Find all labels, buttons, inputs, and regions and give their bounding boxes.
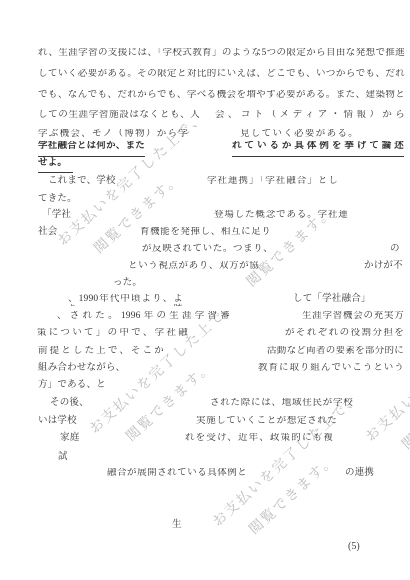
- watermark-block: お支払いを完了した上で、 閲覧できます。: [358, 300, 410, 473]
- doc-text: 会、コト（メディア・情報）から: [215, 110, 405, 122]
- doc-text: が反映されていた。つまり、: [142, 244, 273, 256]
- page-number: (5): [348, 541, 360, 552]
- doc-text: 生涯学習機会の充実方: [302, 311, 404, 323]
- doc-text: して「学社融合」: [293, 294, 371, 305]
- doc-text: いは学校: [38, 416, 77, 427]
- doc-text: 試: [58, 452, 68, 463]
- doc-text: でも、なんでも、だれからでも、学べる機会を増やす必要がある。また、建築物と: [38, 90, 405, 102]
- document-page: お支払いを完了した上で、 閲覧できます。 閲覧できます。 お支払いを完了した上で…: [0, 0, 410, 580]
- doc-text: 「学社: [42, 210, 71, 221]
- doc-text: 育機能を発揮し、相互に足り: [140, 227, 271, 239]
- doc-text: 、1990年代中頃より、より踏: [68, 294, 183, 306]
- question-heading: 学社融合とは何か、また: [38, 141, 145, 157]
- doc-text: これまで、学校: [48, 176, 116, 187]
- doc-text: 実施していくことが想定された: [196, 416, 337, 428]
- doc-text: 策について」の中で、学社融: [37, 328, 188, 340]
- question-heading: せよ。: [38, 158, 73, 173]
- doc-text: 教育に取り組んでいこうという: [258, 363, 404, 375]
- doc-text: 活動など両者の要素を部分的に: [267, 346, 404, 358]
- doc-text: 生: [172, 520, 182, 531]
- doc-text: かけが不: [364, 261, 403, 272]
- doc-text: がそれぞれの役割分担を: [285, 328, 404, 340]
- doc-text: てきた。: [38, 194, 77, 205]
- doc-text: していく必要がある。その限定と対比的にいえば、どこでも、いつからでも、だれ: [38, 69, 405, 81]
- doc-text: の連携: [345, 468, 374, 479]
- doc-text: 社会: [38, 227, 57, 238]
- doc-text: 融合が展開されている具体例と: [107, 468, 247, 480]
- watermark-text: 閲覧できます。: [394, 322, 410, 458]
- doc-text: 学社連携」「学社融合」とし: [207, 176, 338, 188]
- doc-text: 見していく必要がある。: [240, 129, 358, 141]
- doc-text: その後、: [50, 398, 89, 409]
- doc-text: 方」である、と: [38, 380, 106, 391]
- doc-text: された際には、地域住民が学校: [210, 398, 353, 410]
- doc-text: れ、生涯学習の支援には、「学校式教育」のような5つの限定から自由な発想で推進: [38, 48, 405, 60]
- doc-text: れを受け、近年、政策的にも複: [185, 433, 333, 445]
- doc-text: 前提とした上で、そこか: [38, 346, 164, 358]
- question-heading: れているか具体例を挙げて論述: [232, 141, 404, 157]
- doc-text: 、された。1996年の生涯学習審: [57, 311, 230, 323]
- doc-text: 学ぶ機会、モノ（博物）から学: [38, 129, 188, 141]
- doc-text: 登場した概念である。学社連: [214, 210, 348, 222]
- doc-text: った。: [113, 278, 142, 289]
- doc-text: 組み合わせながら、: [38, 363, 125, 374]
- doc-text: 家庭: [60, 433, 79, 444]
- doc-text: という視点があり、双方が協: [128, 261, 259, 273]
- doc-text: しての生涯学習施設はなくとも、人: [38, 110, 200, 122]
- doc-text: の: [390, 244, 400, 255]
